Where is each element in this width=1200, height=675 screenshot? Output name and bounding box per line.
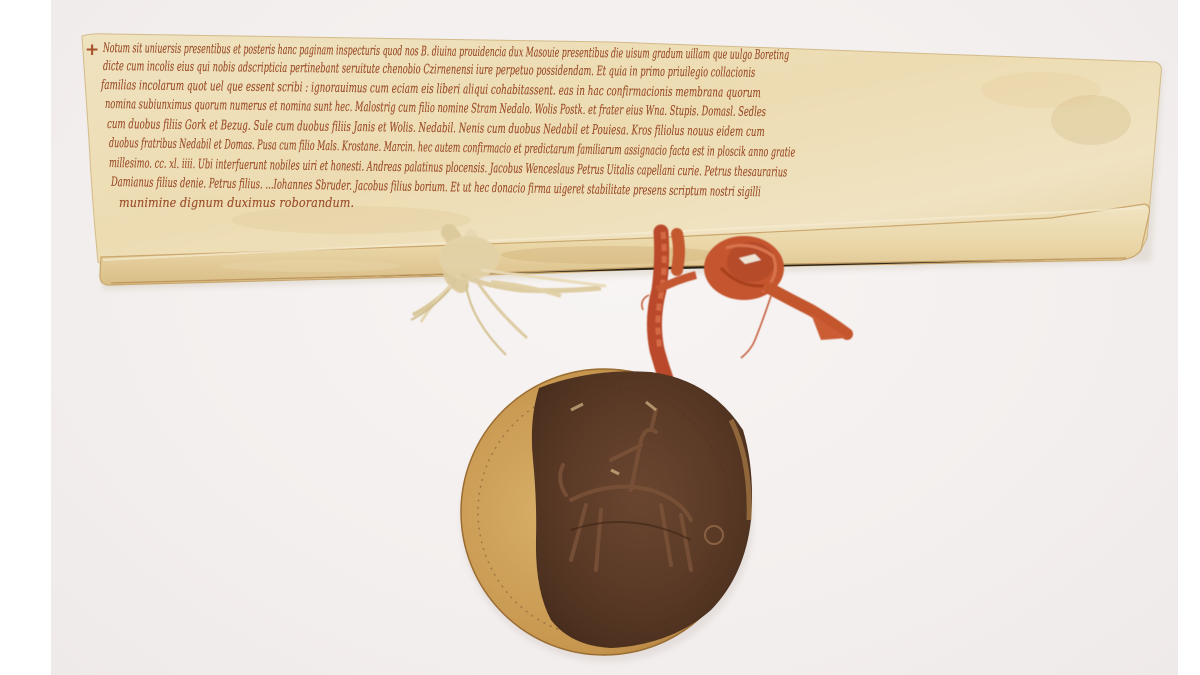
charter-scene <box>51 0 1178 675</box>
wax-seal <box>461 369 753 662</box>
photograph: + Notum sit uniuersis presentibus et pos… <box>51 0 1178 675</box>
